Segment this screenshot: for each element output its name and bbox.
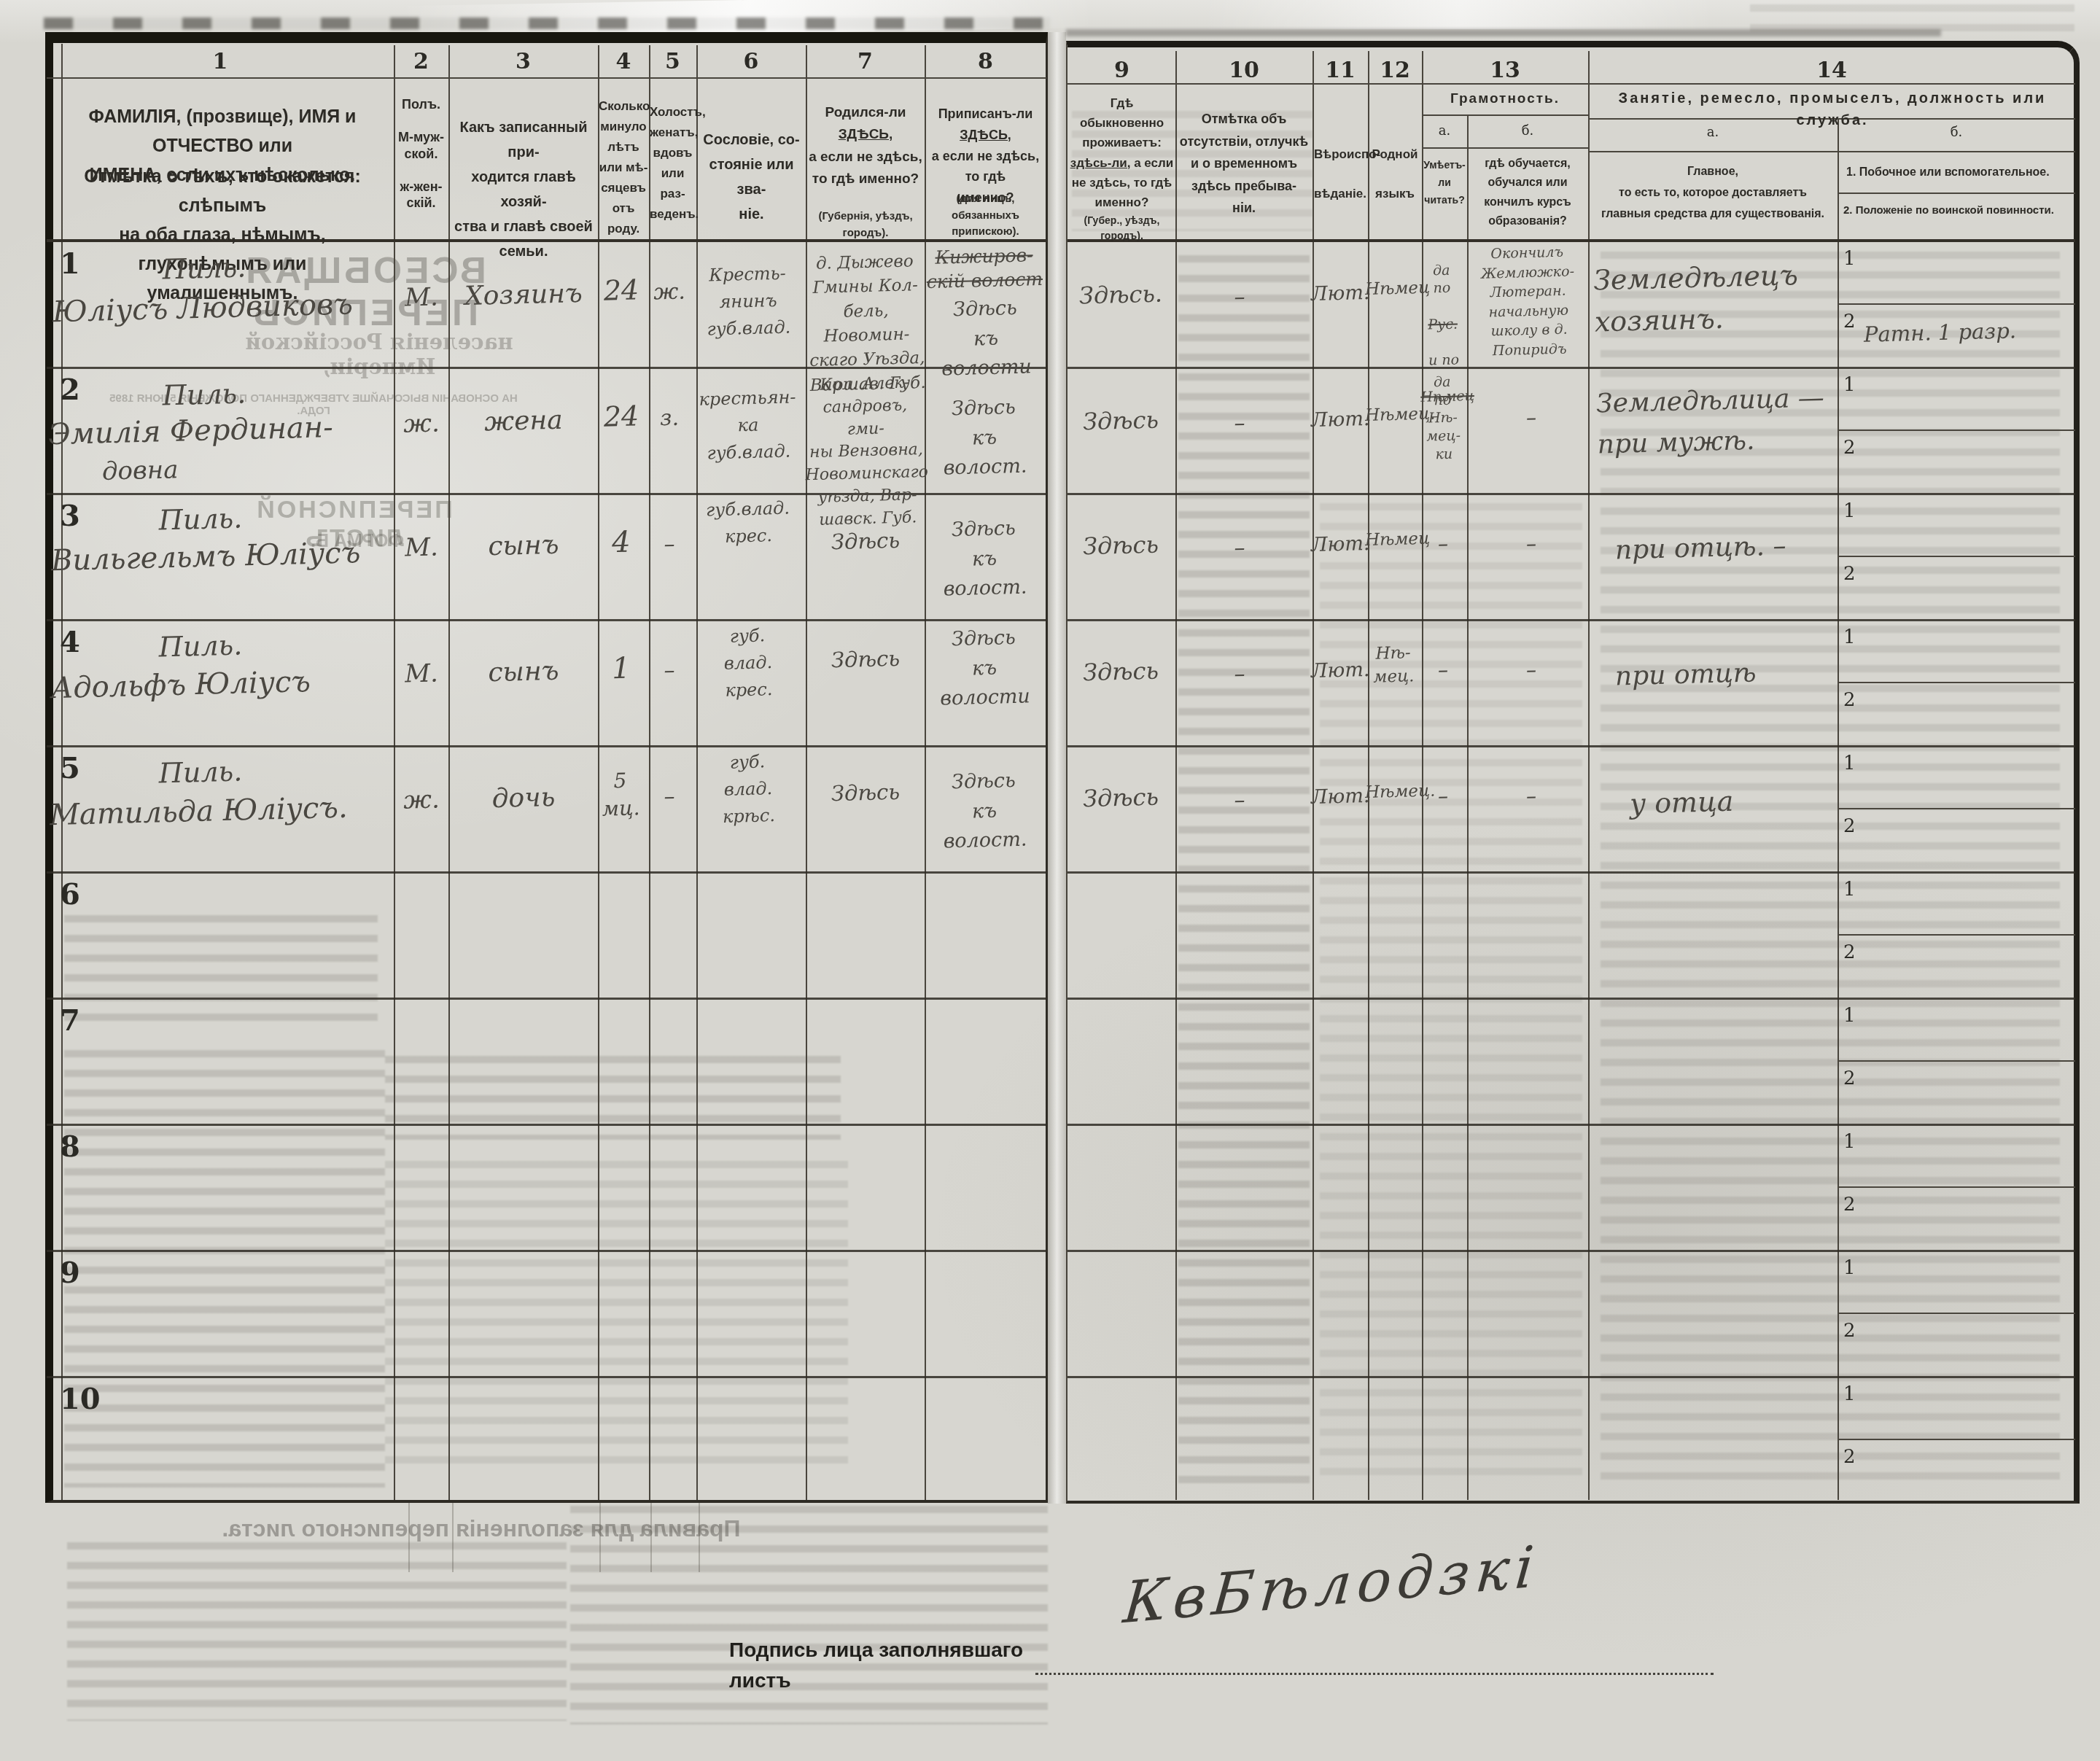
col10-header-absence: Отмѣтка объ отсутствіи, отлучкѣ и о врем… — [1177, 108, 1311, 219]
r5-birthplace: Здѣсь — [810, 777, 920, 809]
r5-surname: Пиль. — [127, 751, 273, 793]
grid-hline — [1067, 367, 2075, 369]
row-number: 6 — [60, 877, 80, 911]
subcell-number: 1 — [1843, 1254, 1856, 1283]
subcell-number: 1 — [1843, 371, 1856, 400]
col13b-label: б. — [1467, 121, 1588, 141]
column-number-6: 6 — [696, 45, 806, 78]
col14a-header-main: Главное, то есть то, которое доставляетъ… — [1597, 162, 1829, 225]
r3-registered: Здѣсь къ волост. — [926, 513, 1042, 605]
subcell-number: 2 — [1843, 1065, 1856, 1093]
column-number-2: 2 — [394, 45, 448, 78]
bleedthrough-text-block — [67, 1542, 567, 1721]
r4-relation: сынъ — [450, 652, 596, 693]
col9-header-text: Гдѣ обыкновенно проживаетъ: — [1080, 96, 1164, 149]
column-number-12: 12 — [1368, 54, 1422, 87]
col3-header-relation: Какъ записанный при- ходится главѣ хозяй… — [451, 115, 596, 264]
subcell-number: 2 — [1843, 1443, 1856, 1472]
r3-surname: Пиль. — [127, 498, 273, 540]
r5-education: – — [1502, 781, 1561, 811]
subcell-divider — [1837, 682, 2075, 683]
r4-sex: М. — [394, 656, 448, 692]
r4-literacy: – — [1418, 655, 1467, 685]
column-number-11: 11 — [1312, 54, 1368, 87]
column-number-4: 4 — [598, 45, 649, 78]
grid-hline — [1067, 998, 2075, 1000]
bleedthrough-rules-heading: Правила для заполненія переписного листа… — [164, 1515, 798, 1542]
grid-hline — [47, 745, 1046, 747]
grid-hline — [1422, 114, 1588, 116]
grid-hline — [1837, 193, 2075, 194]
col14a-label: а. — [1588, 123, 1837, 142]
row-number: 5 — [60, 751, 80, 785]
r2-sex: ж. — [394, 406, 448, 442]
bleedthrough-vline — [599, 1503, 601, 1572]
grid-vline — [1175, 51, 1177, 1500]
r1-surname: Пиль. — [131, 247, 277, 289]
col9-header-here-underlined: здѣсь-ли, — [1070, 156, 1131, 170]
r3-language: Нѣмец — [1365, 527, 1423, 552]
grid-hline — [1067, 1250, 2075, 1252]
col8-header-here-underlined: ЗДѢСЬ, — [960, 128, 1011, 142]
r3-absence: – — [1210, 532, 1269, 564]
r1-military-status: Ратн. 1 разр. — [1864, 316, 2017, 349]
r1-religion: Лют. — [1311, 279, 1369, 308]
r2-residence: Здѣсь — [1065, 403, 1175, 439]
r5-literacy: – — [1418, 781, 1467, 811]
column-number-5: 5 — [649, 45, 696, 78]
col13b-header-education: гдѣ обучается, обучался или кончилъ курс… — [1470, 155, 1585, 232]
r3-education: – — [1502, 529, 1561, 559]
subcell-divider — [1837, 303, 2075, 305]
census-sheet-scan: ВСЕОБЩАЯ ПЕРЕПИСЬ населенія Россійской И… — [0, 0, 2100, 1761]
row-number: 4 — [60, 625, 80, 659]
r1-literacy-struck: Рус. — [1418, 315, 1467, 334]
r1-literacy-line: и по — [1420, 351, 1469, 370]
r2-religion: Лют. — [1311, 405, 1369, 435]
grid-vline — [1368, 51, 1369, 1500]
r3-sex: М. — [394, 530, 448, 566]
r3-relation: сынъ — [450, 526, 596, 567]
r4-absence: – — [1210, 658, 1269, 691]
r4-religion: Лют. — [1311, 656, 1369, 685]
r1-residence: Здѣсь. — [1065, 277, 1175, 313]
subcell-number: 2 — [1843, 938, 1856, 967]
r4-occupation: при отцѣ — [1614, 653, 1863, 696]
subcell-divider — [1837, 934, 2075, 936]
grid-hline — [1067, 619, 2075, 621]
r5-residence: Здѣсь — [1065, 780, 1175, 816]
r5-absence: – — [1210, 785, 1269, 817]
row-number: 3 — [60, 499, 80, 533]
row-number: 10 — [60, 1382, 101, 1416]
col9-header-residence: Гдѣ обыкновенно проживаетъ: здѣсь-ли, а … — [1070, 93, 1174, 212]
subcell-divider — [1837, 1313, 2075, 1314]
col7-header-birthplace: Родился-ли ЗДѢСЬ, а если не здѣсь, то гд… — [808, 102, 923, 191]
grid-vline — [649, 45, 650, 1500]
r2-language: Нѣмец. — [1365, 403, 1423, 427]
col7-header-here-underlined: ЗДѢСЬ, — [839, 127, 893, 142]
r2-marital: з. — [645, 403, 693, 435]
r3-literacy: – — [1418, 529, 1467, 559]
column-number-8: 8 — [925, 45, 1046, 78]
r5-sex: ж. — [394, 782, 448, 818]
row-number: 1 — [60, 246, 80, 281]
subcell-number: 1 — [1843, 1128, 1856, 1156]
r1-sex: М. — [394, 280, 448, 316]
signature-dotted-line — [1035, 1649, 1714, 1675]
col8-header-text: Приписанъ-ли — [938, 106, 1033, 121]
r1-education: Окончилъ Жемлюжко- Лютеран. начальную шк… — [1466, 242, 1591, 362]
subcell-number: 1 — [1843, 623, 1856, 652]
r2-relation: жена — [450, 401, 596, 442]
col14b-label: б. — [1837, 123, 2075, 142]
grid-vline — [394, 45, 395, 1500]
grid-hline — [47, 871, 1046, 874]
col12-header-language: Родной языкъ — [1369, 135, 1420, 214]
grid-vline — [1312, 51, 1314, 1500]
col7-header-text: а если не здѣсь, то гдѣ именно? — [809, 149, 922, 187]
col7-header-text: Родился-ли — [825, 105, 906, 120]
column-number-14: 14 — [1588, 54, 2075, 87]
subcell-number: 2 — [1843, 1317, 1856, 1345]
subcell-divider — [1837, 1060, 2075, 1062]
r1-estate: Кресть- янинъ губ.влад. — [692, 260, 805, 344]
column-number-13: 13 — [1422, 54, 1588, 87]
subcell-number: 2 — [1843, 308, 1856, 336]
subcell-divider — [1837, 1186, 2075, 1188]
col8-header-note: (для лицъ, обязанныхъ припискою). — [926, 191, 1045, 241]
subcell-number: 2 — [1843, 1191, 1856, 1219]
col6-header-estate: Сословіе, со- стояніе или зва- ніе. — [698, 128, 805, 227]
r3-residence: Здѣсь — [1065, 528, 1175, 564]
r4-birthplace: Здѣсь — [810, 643, 920, 676]
grid-vline — [448, 45, 450, 1500]
r3-age: 4 — [596, 521, 646, 564]
grid-hline — [1067, 1376, 2075, 1378]
signature-label: Подпись лица заполнявшаго листъ — [729, 1635, 1035, 1696]
column-number-1: 1 — [47, 45, 394, 78]
grid-hline — [1588, 151, 1837, 152]
row-number: 2 — [60, 373, 80, 407]
r2-given-name-cont: довна — [101, 449, 321, 489]
row-number: 8 — [60, 1130, 80, 1164]
grid-hline — [47, 998, 1046, 1000]
subcell-number: 1 — [1843, 1380, 1856, 1409]
r3-estate: губ.влад. крес. — [692, 494, 804, 551]
col13a-label: а. — [1422, 121, 1467, 141]
r1-absence: – — [1210, 281, 1269, 314]
col7-header-note: (Губернія, уѣздъ, городъ). — [806, 209, 925, 241]
r5-religion: Лют. — [1311, 782, 1369, 812]
grid-hline — [1837, 151, 2075, 152]
subcell-number: 1 — [1843, 1002, 1856, 1030]
r5-relation: дочь — [450, 778, 596, 819]
r5-marital: – — [645, 781, 693, 813]
r4-language: Нѣ- мец. — [1364, 641, 1423, 689]
col13a-header-reads: Умѣетъ- ли читать? — [1422, 157, 1467, 209]
signature-handwriting: КвБѣлодзкі — [1120, 1527, 1543, 1644]
row-number: 7 — [60, 1003, 80, 1038]
r5-occupation: у отца — [1629, 779, 1878, 824]
r1-literacy-line: да по — [1417, 261, 1466, 298]
r5-registered: Здѣсь къ волост. — [926, 766, 1042, 858]
grid-hline — [1422, 147, 1467, 149]
r1-relation: Хозяинъ — [450, 275, 596, 316]
r4-marital: – — [645, 655, 693, 687]
r3-religion: Лют. — [1311, 530, 1369, 559]
subcell-number: 1 — [1843, 876, 1856, 904]
r4-residence: Здѣсь — [1065, 654, 1175, 690]
r4-surname: Пиль. — [127, 625, 273, 667]
r2-absence: – — [1210, 408, 1269, 440]
column-number-10: 10 — [1175, 54, 1312, 87]
column-number-9: 9 — [1068, 54, 1175, 87]
col9-header-note: (Губер., уѣздъ, городъ). — [1068, 213, 1175, 244]
column-number-7: 7 — [806, 45, 925, 78]
r2-literacy: да по Нѣ- мец- ки — [1417, 373, 1468, 464]
row-number: 9 — [60, 1256, 80, 1290]
page-fold-gap — [1048, 32, 1066, 1504]
subcell-number: 1 — [1843, 245, 1856, 273]
subcell-number: 1 — [1843, 497, 1856, 526]
grid-hline — [47, 1124, 1046, 1126]
col11-header-religion: Вѣроиспо- вѣданіе. — [1314, 135, 1366, 214]
bleedthrough-vline — [452, 1503, 454, 1572]
col14b-header-military: 2. Положеніе по воинской повинности. — [1843, 203, 2072, 219]
grid-hline — [47, 1250, 1046, 1252]
top-edge-smudge — [44, 18, 1050, 29]
r1-registered-struck: Кижиров- скій волост — [925, 244, 1043, 294]
r2-registered: Здѣсь къ волост. — [926, 392, 1042, 484]
r2-education: – — [1502, 403, 1561, 432]
grid-hline — [1067, 239, 2075, 242]
r1-language: Нѣмец — [1365, 276, 1423, 301]
r2-estate: крестьян- ка губ.влад. — [692, 384, 805, 468]
grid-hline — [1067, 871, 2075, 874]
r4-registered: Здѣсь къ волости — [926, 623, 1042, 715]
bleedthrough-vline — [408, 1503, 410, 1572]
r4-estate: губ. влад. крес. — [692, 621, 805, 706]
subcell-number: 2 — [1843, 560, 1856, 588]
r2-birthplace: Кол. Алек- сандровъ, гми- ны Вензовна, Н… — [801, 372, 931, 532]
subcell-number: 1 — [1843, 750, 1856, 778]
r3-birthplace: Здѣсь — [810, 525, 920, 558]
col5-header-marital: Холостъ, женатъ, вдовъ или раз- веденъ. — [650, 102, 696, 225]
col2-header-sex: Полъ. М-муж- ской. ж-жен- скій. — [394, 96, 448, 211]
paper-crease — [1203, 0, 1714, 29]
r3-marital: – — [645, 529, 693, 561]
r3-occupation: при отцѣ. – — [1614, 526, 1863, 569]
r1-marital: ж. — [645, 276, 693, 308]
bleedthrough-text-block — [1750, 4, 2074, 35]
subcell-number: 2 — [1843, 686, 1856, 715]
bleedthrough-vline — [699, 1503, 700, 1572]
subcell-divider — [1837, 1439, 2075, 1440]
col14b-header-side: 1. Побочное или вспомогательное. — [1846, 164, 2069, 182]
grid-hline — [1067, 493, 2075, 495]
bleedthrough-vline — [650, 1503, 652, 1572]
grid-hline — [47, 1376, 1046, 1378]
r4-age: 1 — [596, 648, 646, 690]
r2-age: 24 — [596, 397, 646, 437]
r5-language: Нѣмец. — [1365, 780, 1423, 804]
grid-hline — [1067, 745, 2075, 747]
col13-header-literacy-title: Грамотность. — [1422, 89, 1588, 110]
r4-education: – — [1502, 655, 1561, 685]
r1-occupation: Земледѣлецъ хозяинъ. — [1593, 254, 1843, 343]
r5-estate: губ. влад. крѣс. — [692, 747, 805, 832]
grid-hline — [47, 619, 1046, 621]
col4-header-age: Сколько минуло лѣтъ или мѣ- сяцевъ отъ р… — [599, 96, 648, 239]
r5-age: 5 мц. — [593, 766, 648, 823]
subcell-divider — [1837, 556, 2075, 557]
r1-registered: Здѣсь къ волости — [929, 293, 1042, 384]
r1-age: 24 — [596, 271, 646, 311]
subcell-divider — [1837, 429, 2075, 431]
r2-occupation: Земледѣлица — при мужѣ. — [1596, 378, 1846, 465]
column-number-3: 3 — [448, 45, 598, 78]
grid-hline — [1467, 147, 1588, 149]
grid-hline — [1067, 1124, 2075, 1126]
